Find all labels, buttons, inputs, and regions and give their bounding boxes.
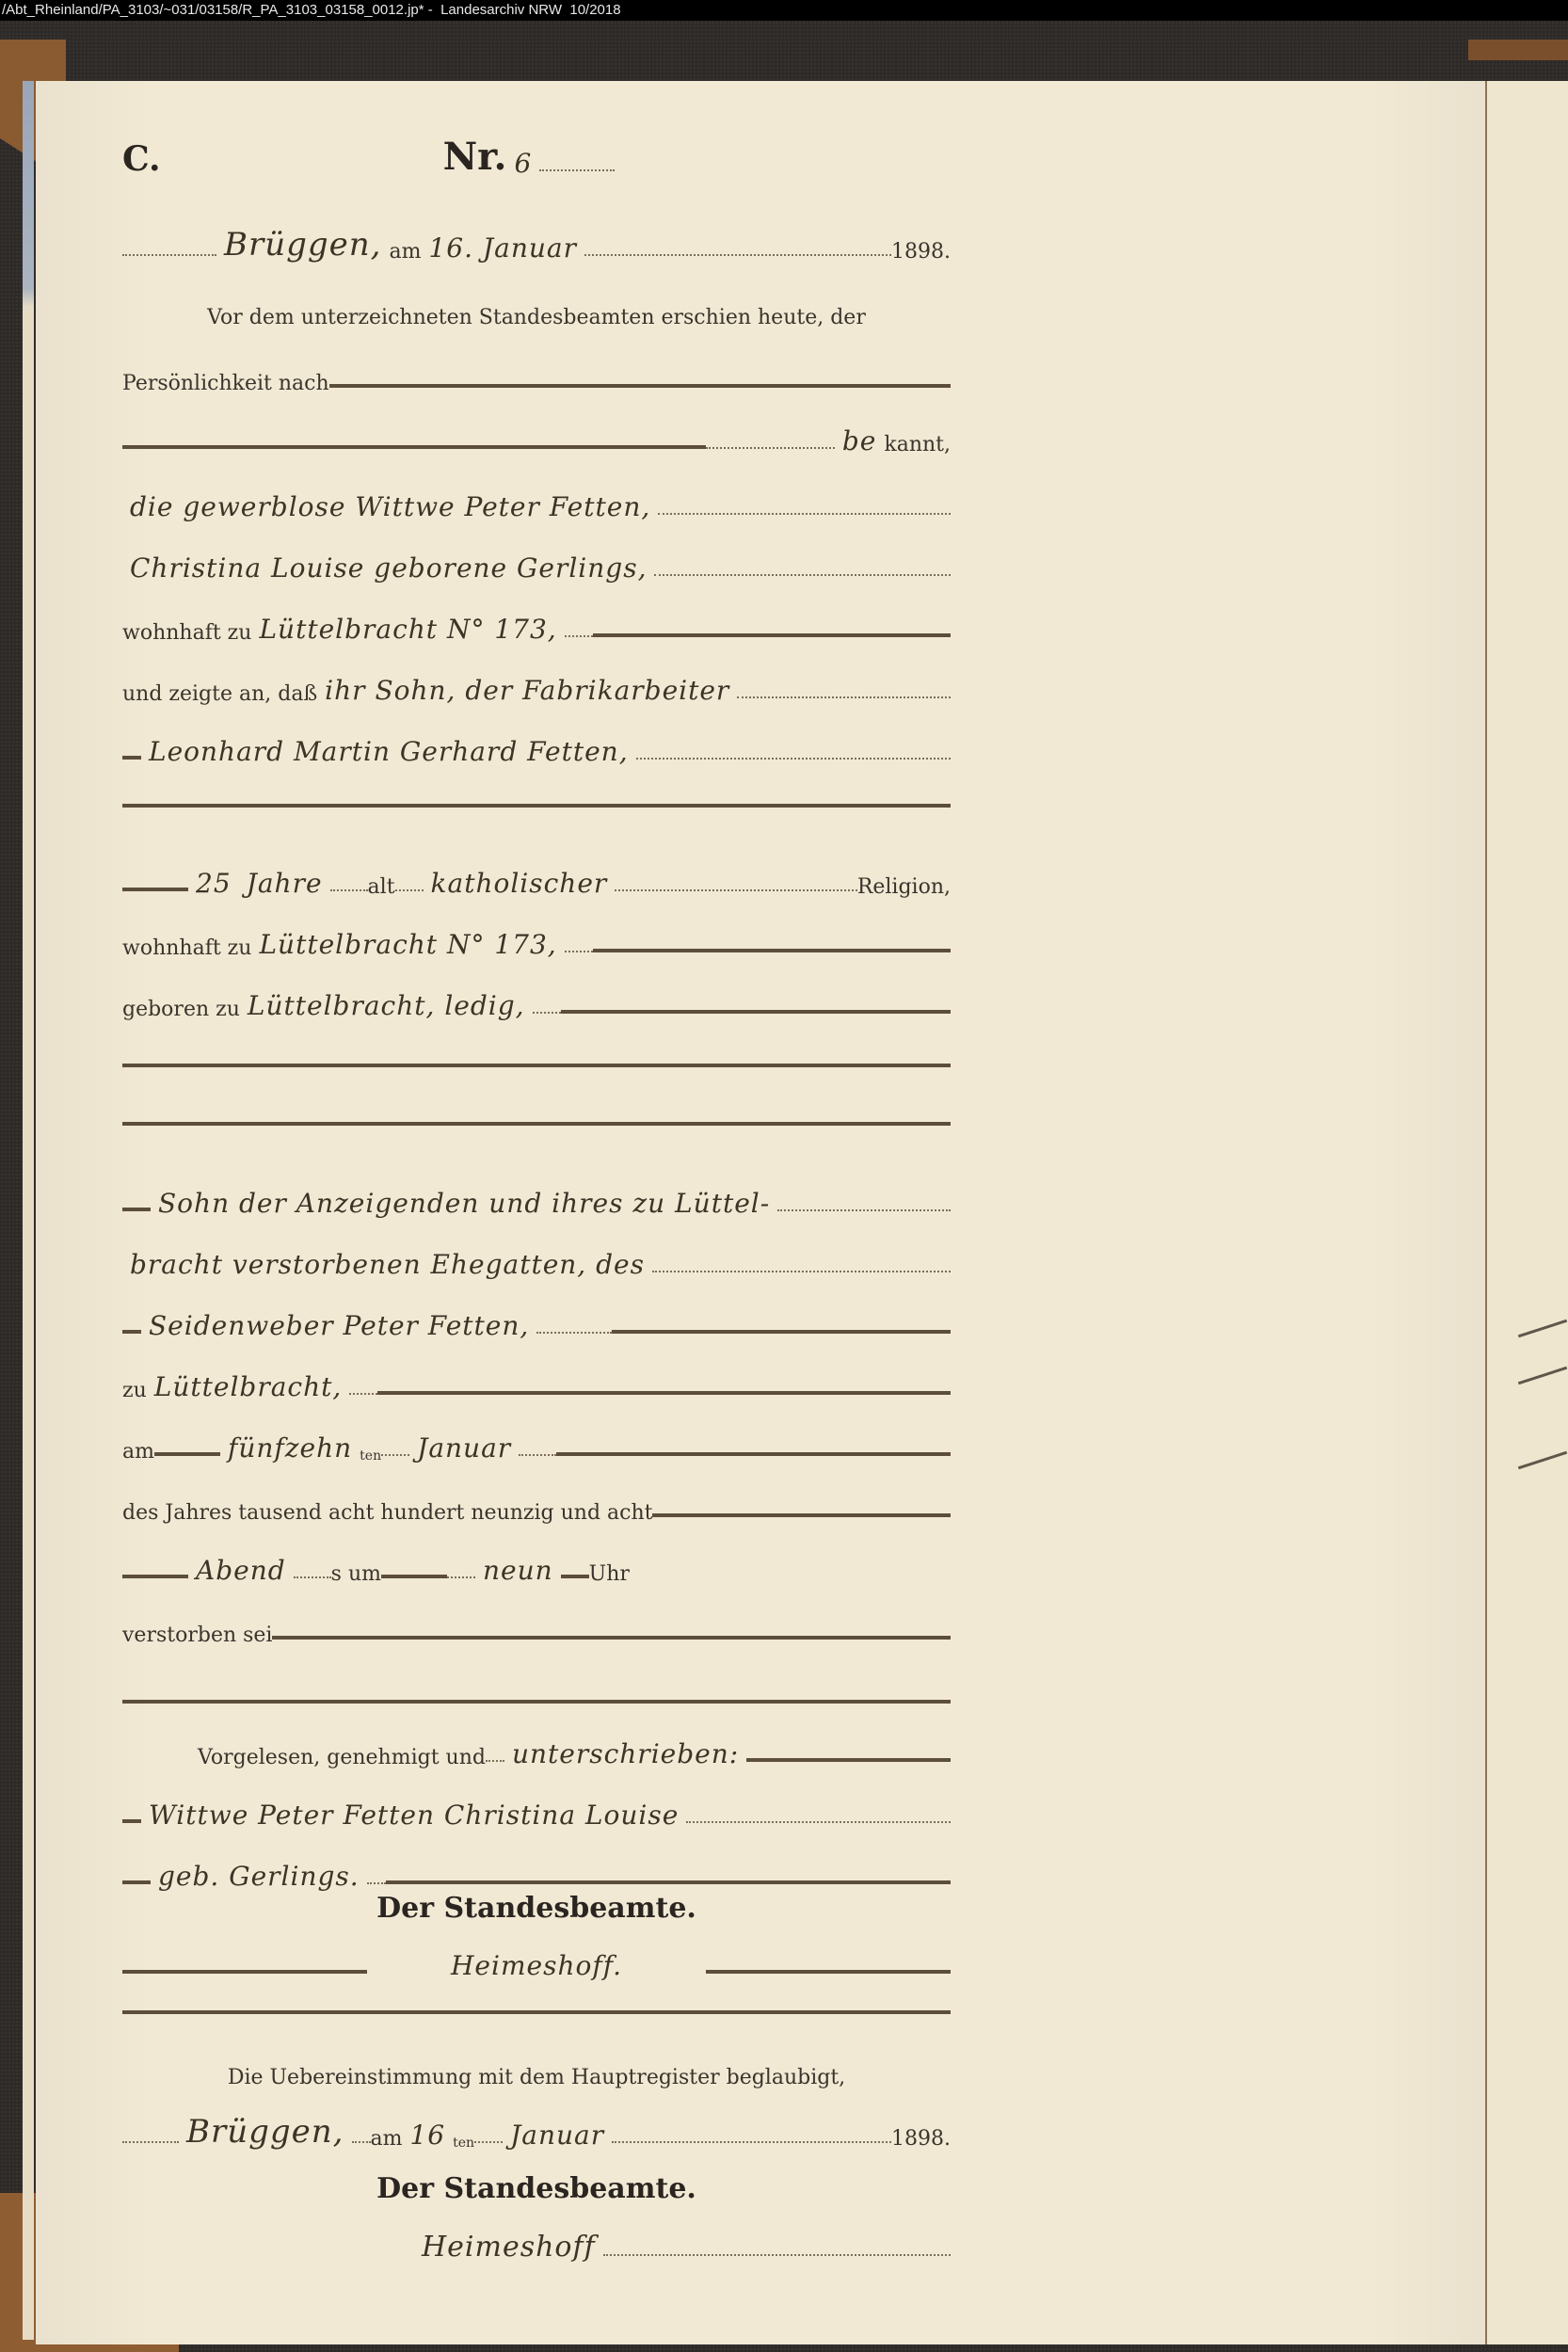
dotted-line: [367, 1882, 386, 1884]
time-of-day-suffix: s um: [331, 1562, 381, 1586]
dotted-line: [654, 574, 951, 576]
dotted-line: [737, 696, 951, 698]
place-date-line: Brüggen, am 16. Januar 1898.: [122, 216, 951, 264]
dotted-line: [565, 635, 593, 637]
record-number: 6: [506, 148, 539, 179]
residence-label: wohnhaft zu: [122, 621, 251, 645]
age-religion-line: 25 Jahre alt katholischer Religion,: [122, 852, 951, 899]
ruled-line: [122, 1819, 141, 1823]
hour-label: Uhr: [589, 1562, 630, 1586]
age-unit: Jahre: [239, 868, 330, 899]
cert-place: Brüggen,: [179, 2113, 352, 2151]
religion-value: katholischer: [424, 868, 616, 899]
ruled-line: [122, 888, 188, 891]
signature-line-2: geb. Gerlings.: [122, 1845, 951, 1892]
ruled-line: [612, 1330, 951, 1334]
death-day: fünfzehn: [220, 1432, 360, 1464]
cert-registrar-title: Der Standesbeamte.: [122, 2172, 951, 2205]
ruled-line: [386, 1880, 951, 1884]
ruled-line: [122, 1880, 151, 1884]
certification-place-date: Brüggen, am 16 ten Januar 1898.: [122, 2104, 951, 2151]
ruled-line: [556, 1452, 951, 1456]
window-title: /Abt_Rheinland/PA_3103/~031/03158/R_PA_3…: [0, 0, 1568, 21]
ruled-line: [122, 445, 706, 449]
dotted-line: [447, 1576, 475, 1578]
leather-corner-top-right: [1468, 40, 1568, 60]
cert-signature: Heimeshoff: [414, 2231, 603, 2264]
cert-signature-line: Heimeshoff: [122, 2216, 951, 2264]
dotted-line: [706, 447, 835, 449]
dotted-line: [474, 2141, 503, 2143]
informant-line-2: Christina Louise geborene Gerlings,: [122, 536, 951, 584]
residence-label: wohnhaft zu: [122, 936, 251, 960]
ruled-line: [122, 756, 141, 760]
informant-signature: geb. Gerlings.: [151, 1861, 367, 1892]
year: 1898.: [891, 240, 951, 264]
ruled-line: [652, 1513, 951, 1517]
age-label: alt: [368, 875, 395, 899]
deceased-name-line: Leonhard Martin Gerhard Fetten,: [122, 720, 951, 767]
dotted-line: [686, 1821, 951, 1823]
informant-text: Christina Louise geborene Gerlings,: [122, 552, 654, 584]
dotted-line: [603, 2254, 951, 2256]
read-value: unterschrieben:: [504, 1738, 746, 1769]
signature-line-1: Wittwe Peter Fetten Christina Louise: [122, 1784, 951, 1831]
deceased-residence-line: wohnhaft zu Lüttelbracht N° 173,: [122, 913, 951, 960]
read-label: Vorgelesen, genehmigt und: [198, 1746, 486, 1769]
parents-text: Seidenweber Peter Fetten,: [141, 1310, 536, 1341]
personality-label: Persönlichkeit nach: [122, 372, 329, 395]
cert-day: 16: [402, 2120, 453, 2151]
dotted-line: [352, 2141, 371, 2143]
dotted-line: [381, 1454, 409, 1456]
place: Brüggen,: [216, 226, 390, 264]
ruled-line: [593, 949, 951, 952]
dotted-line: [658, 513, 951, 515]
ruled-line: [561, 1575, 589, 1578]
dotted-line: [536, 1332, 612, 1334]
parents-line-2: bracht verstorbenen Ehegatten, des: [122, 1233, 951, 1280]
certification-line: Die Uebereinstimmung mit dem Hauptregist…: [122, 2042, 951, 2089]
age-value: 25: [188, 868, 239, 899]
dotted-line: [615, 889, 857, 891]
death-month: Januar: [409, 1432, 519, 1464]
date: 16. Januar: [421, 232, 584, 264]
dotted-line: [122, 254, 216, 256]
dotted-line: [395, 889, 424, 891]
ruled-line: [122, 2010, 951, 2014]
ruled-line: [122, 1208, 151, 1211]
ruled-line: [377, 1391, 951, 1395]
dotted-line: [330, 889, 368, 891]
dotted-line: [636, 758, 951, 760]
dotted-line: [565, 951, 593, 952]
death-year-line: des Jahres tausend acht hundert neunzig …: [122, 1478, 951, 1525]
ruled-line: [154, 1452, 220, 1456]
section-letter: C.: [122, 139, 161, 179]
personality-line: Persönlichkeit nach: [122, 348, 951, 395]
declared-line: und zeigte an, daß ihr Sohn, der Fabrika…: [122, 659, 951, 706]
record-header: C. Nr. 6: [122, 132, 951, 179]
dotted-line: [486, 1760, 504, 1762]
informant-residence-line: wohnhaft zu Lüttelbracht N° 173,: [122, 598, 951, 645]
dotted-line: [122, 2141, 179, 2143]
year-text: des Jahres tausend acht hundert neunzig …: [122, 1501, 652, 1525]
ruled-line: [122, 1064, 951, 1067]
registrar-signature-line: Heimeshoff.: [122, 1934, 951, 1981]
cert-am-label: am: [371, 2127, 403, 2151]
ruled-line: [381, 1575, 447, 1578]
cert-year: 1898.: [891, 2127, 951, 2151]
next-page-edge: [1485, 81, 1568, 2344]
deceased-residence: Lüttelbracht N° 173,: [251, 929, 564, 960]
ruled-line: [122, 1575, 188, 1578]
cert-day-suffix: ten: [453, 2136, 474, 2151]
place-of-death: Lüttelbracht,: [147, 1371, 350, 1402]
place-of-death-label: zu: [122, 1379, 147, 1402]
ruled-line: [272, 1636, 951, 1640]
read-approved-line: Vorgelesen, genehmigt und unterschrieben…: [122, 1722, 951, 1769]
am-label: am: [390, 240, 422, 264]
intro-line: Vor dem unterzeichneten Standesbeamten e…: [122, 282, 951, 329]
death-day-label: am: [122, 1440, 154, 1464]
parents-line-1: Sohn der Anzeigenden und ihres zu Lüttel…: [122, 1172, 951, 1219]
dotted-line: [652, 1271, 951, 1272]
dotted-line: [349, 1393, 377, 1395]
died-line: verstorben sei: [122, 1600, 951, 1647]
dotted-line: [612, 2141, 891, 2143]
parents-text: bracht verstorbenen Ehegatten, des: [122, 1249, 652, 1280]
death-time-line: Abend s um neun Uhr: [122, 1539, 951, 1586]
ruled-line: [122, 804, 951, 808]
registrar-title: Der Standesbeamte.: [122, 1892, 951, 1925]
parents-line-3: Seidenweber Peter Fetten,: [122, 1294, 951, 1341]
known-prefix: be: [835, 425, 885, 456]
known-line: be kannt,: [122, 409, 951, 456]
ruled-line: [561, 1010, 951, 1014]
ruled-line: [746, 1758, 951, 1762]
died-label: verstorben sei: [122, 1624, 272, 1647]
place-of-death-line: zu Lüttelbracht,: [122, 1355, 951, 1402]
born-label: geboren zu: [122, 998, 240, 1021]
cert-month: Januar: [503, 2120, 612, 2151]
declared-label: und zeigte an, daß: [122, 682, 317, 706]
ruled-line: [593, 633, 951, 637]
born-value: Lüttelbracht, ledig,: [240, 990, 533, 1021]
ruled-line: [122, 1330, 141, 1334]
born-line: geboren zu Lüttelbracht, ledig,: [122, 974, 951, 1021]
dotted-line: [519, 1454, 556, 1456]
religion-label: Religion,: [857, 875, 951, 899]
parents-text: Sohn der Anzeigenden und ihres zu Lüttel…: [151, 1188, 777, 1219]
dotted-line: [539, 169, 615, 171]
certification-text: Die Uebereinstimmung mit dem Hauptregist…: [228, 2066, 845, 2089]
informant-line-1: die gewerblose Wittwe Peter Fetten,: [122, 475, 951, 522]
deceased-name: Leonhard Martin Gerhard Fetten,: [141, 736, 636, 767]
ruled-line: [122, 1970, 367, 1974]
number-label: Nr.: [443, 135, 507, 179]
declared-text: ihr Sohn, der Fabrikarbeiter: [317, 675, 737, 706]
informant-text: die gewerblose Wittwe Peter Fetten,: [122, 491, 658, 522]
intro-text: Vor dem unterzeichneten Standesbeamten e…: [207, 306, 866, 329]
registrar-signature: Heimeshoff.: [367, 1950, 706, 1981]
death-date-line: am fünfzehn ten Januar: [122, 1416, 951, 1464]
ruled-line: [706, 1970, 951, 1974]
hour: neun: [475, 1555, 561, 1586]
dotted-line: [584, 254, 891, 256]
dotted-line: [777, 1209, 951, 1211]
known-suffix: kannt,: [884, 433, 951, 456]
dotted-line: [533, 1012, 561, 1014]
dotted-line: [294, 1576, 331, 1578]
informant-residence: Lüttelbracht N° 173,: [251, 614, 564, 645]
ruled-line: [122, 1122, 951, 1126]
time-of-day: Abend: [188, 1555, 294, 1586]
ruled-line: [329, 384, 951, 388]
page-edge-strip: [23, 81, 34, 2340]
death-day-suffix: ten: [360, 1448, 381, 1464]
ruled-line: [122, 1700, 951, 1704]
informant-signature: Wittwe Peter Fetten Christina Louise: [141, 1800, 686, 1831]
